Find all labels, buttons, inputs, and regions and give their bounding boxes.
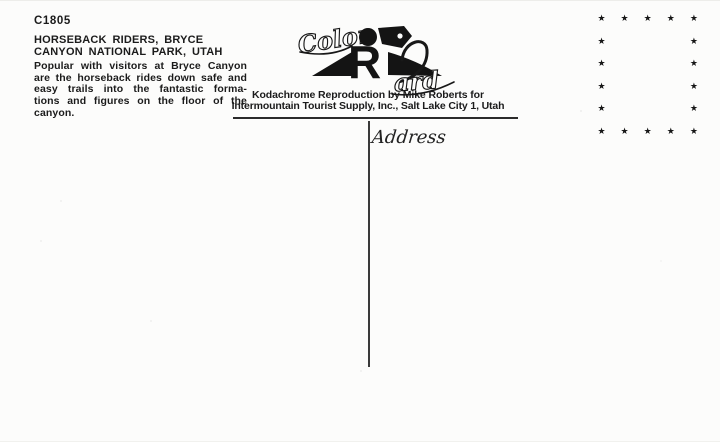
catalog-number: C1805 [34, 15, 71, 27]
star-icon: ★ [666, 127, 676, 136]
star-icon: ★ [689, 59, 699, 68]
color-card-logo: Color R ard [292, 18, 467, 100]
publisher-underline-rule [233, 117, 518, 119]
star-icon: ★ [689, 127, 699, 136]
star-icon: ★ [643, 14, 653, 23]
star-icon: ★ [620, 14, 630, 23]
star-icon: ★ [597, 104, 607, 113]
title-line-1: HORSEBACK RIDERS, BRYCE [34, 35, 249, 47]
postcard-description: Popular with visitors at Bryce Canyon ar… [34, 61, 247, 120]
center-divider-line [368, 121, 370, 367]
star-icon: ★ [597, 59, 607, 68]
star-icon: ★ [597, 127, 607, 136]
star-icon: ★ [597, 14, 607, 23]
postcard-back: C1805 HORSEBACK RIDERS, BRYCE CANYON NAT… [0, 0, 720, 442]
star-icon: ★ [597, 37, 607, 46]
camera-icon [378, 26, 412, 48]
stamp-box: ★★★★★★★★★★★★★★★★★★ [595, 12, 707, 144]
star-icon: ★ [597, 82, 607, 91]
title-line-2: CANYON NATIONAL PARK, UTAH [34, 47, 249, 59]
description-line: Popular with visitors at Bryce Canyon [34, 61, 247, 73]
description-line: canyon. [34, 108, 247, 120]
star-icon: ★ [689, 104, 699, 113]
star-icon: ★ [643, 127, 653, 136]
logo-letter-r: R [348, 36, 381, 88]
publisher-credit: Kodachrome Reproduction by Mike Roberts … [218, 90, 518, 112]
star-icon: ★ [666, 14, 676, 23]
address-label: Address [371, 127, 447, 148]
postcard-title: HORSEBACK RIDERS, BRYCE CANYON NATIONAL … [34, 35, 249, 58]
star-icon: ★ [620, 127, 630, 136]
paper-speckles [60, 200, 62, 202]
star-icon: ★ [689, 14, 699, 23]
camera-lens-icon [397, 33, 402, 38]
star-icon: ★ [689, 37, 699, 46]
star-icon: ★ [689, 82, 699, 91]
publisher-line-2: Intermountain Tourist Supply, Inc., Salt… [218, 101, 518, 112]
